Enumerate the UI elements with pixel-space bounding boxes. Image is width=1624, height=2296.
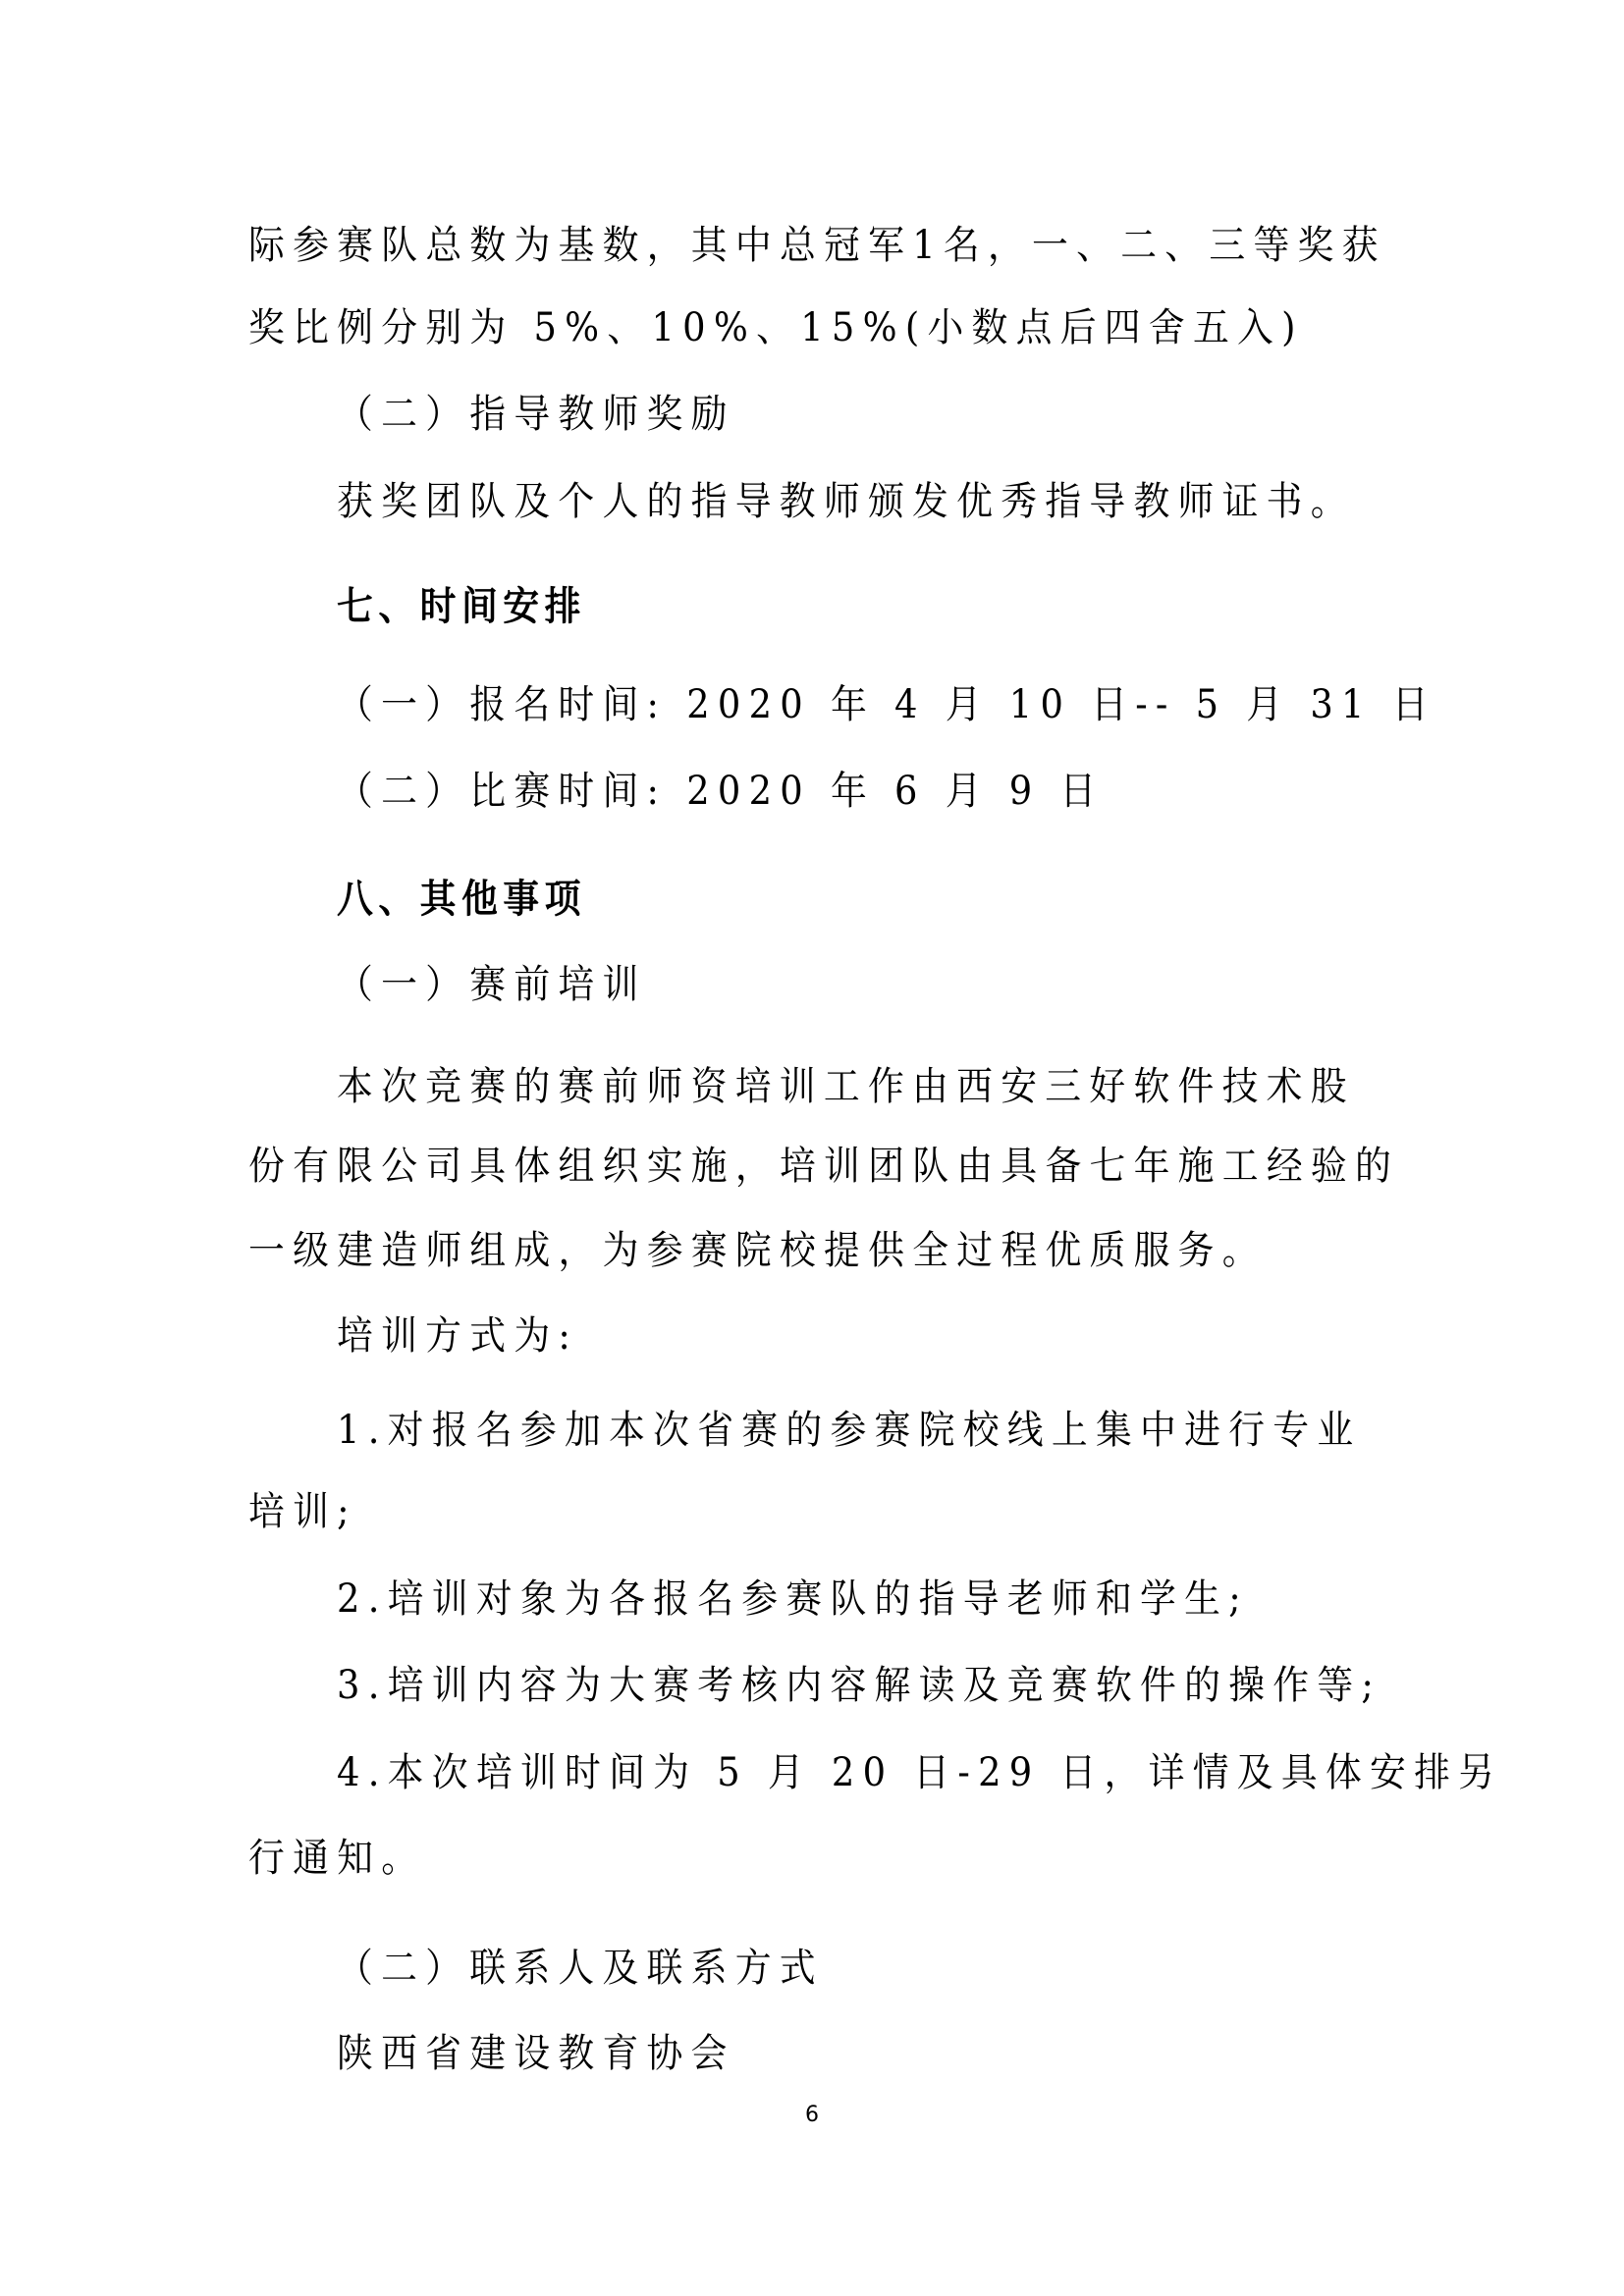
- schedule-registration-time: （一）报名时间: 2020 年 4 月 10 日-- 5 月 31 日: [337, 683, 1376, 726]
- subheading-contact: （二）联系人及联系方式: [337, 1947, 1376, 1990]
- schedule-competition-time: （二）比赛时间: 2020 年 6 月 9 日: [337, 770, 1376, 813]
- paragraph-line-award-ratio-2: 奖比例分别为 5%、10%、15%(小数点后四舍五入): [248, 306, 1287, 349]
- heading-other-matters: 八、其他事项: [337, 878, 1376, 921]
- subheading-pre-training: （一）赛前培训: [337, 963, 1376, 1006]
- list-item-1-line-2: 培训;: [248, 1490, 1287, 1533]
- list-item-4-line-2: 行通知。: [248, 1837, 1287, 1880]
- training-method-label: 培训方式为:: [337, 1314, 1376, 1358]
- page-number: 6: [800, 2104, 824, 2127]
- document-page: 际参赛队总数为基数，其中总冠军1名，一、二、三等奖获 奖比例分别为 5%、10%…: [0, 0, 1624, 2296]
- contact-organization: 陕西省建设教育协会: [337, 2032, 1376, 2075]
- list-item-2: 2.培训对象为各报名参赛队的指导老师和学生;: [337, 1577, 1376, 1621]
- list-item-4-line-1: 4.本次培训时间为 5 月 20 日-29 日，详情及具体安排另: [337, 1751, 1376, 1794]
- paragraph-teacher-certificate: 获奖团队及个人的指导教师颁发优秀指导教师证书。: [337, 480, 1376, 523]
- paragraph-training-line-2: 份有限公司具体组织实施，培训团队由具备七年施工经验的: [248, 1145, 1287, 1188]
- paragraph-line-award-ratio-1: 际参赛队总数为基数，其中总冠军1名，一、二、三等奖获: [248, 224, 1287, 267]
- paragraph-training-line-3: 一级建造师组成，为参赛院校提供全过程优质服务。: [248, 1229, 1287, 1272]
- paragraph-training-line-1: 本次竞赛的赛前师资培训工作由西安三好软件技术股: [337, 1065, 1376, 1108]
- list-item-3: 3.培训内容为大赛考核内容解读及竞赛软件的操作等;: [337, 1664, 1376, 1707]
- heading-schedule: 七、时间安排: [337, 585, 1376, 628]
- subheading-teacher-award: （二）指导教师奖励: [337, 393, 1376, 436]
- list-item-1-line-1: 1.对报名参加本次省赛的参赛院校线上集中进行专业: [337, 1409, 1376, 1452]
